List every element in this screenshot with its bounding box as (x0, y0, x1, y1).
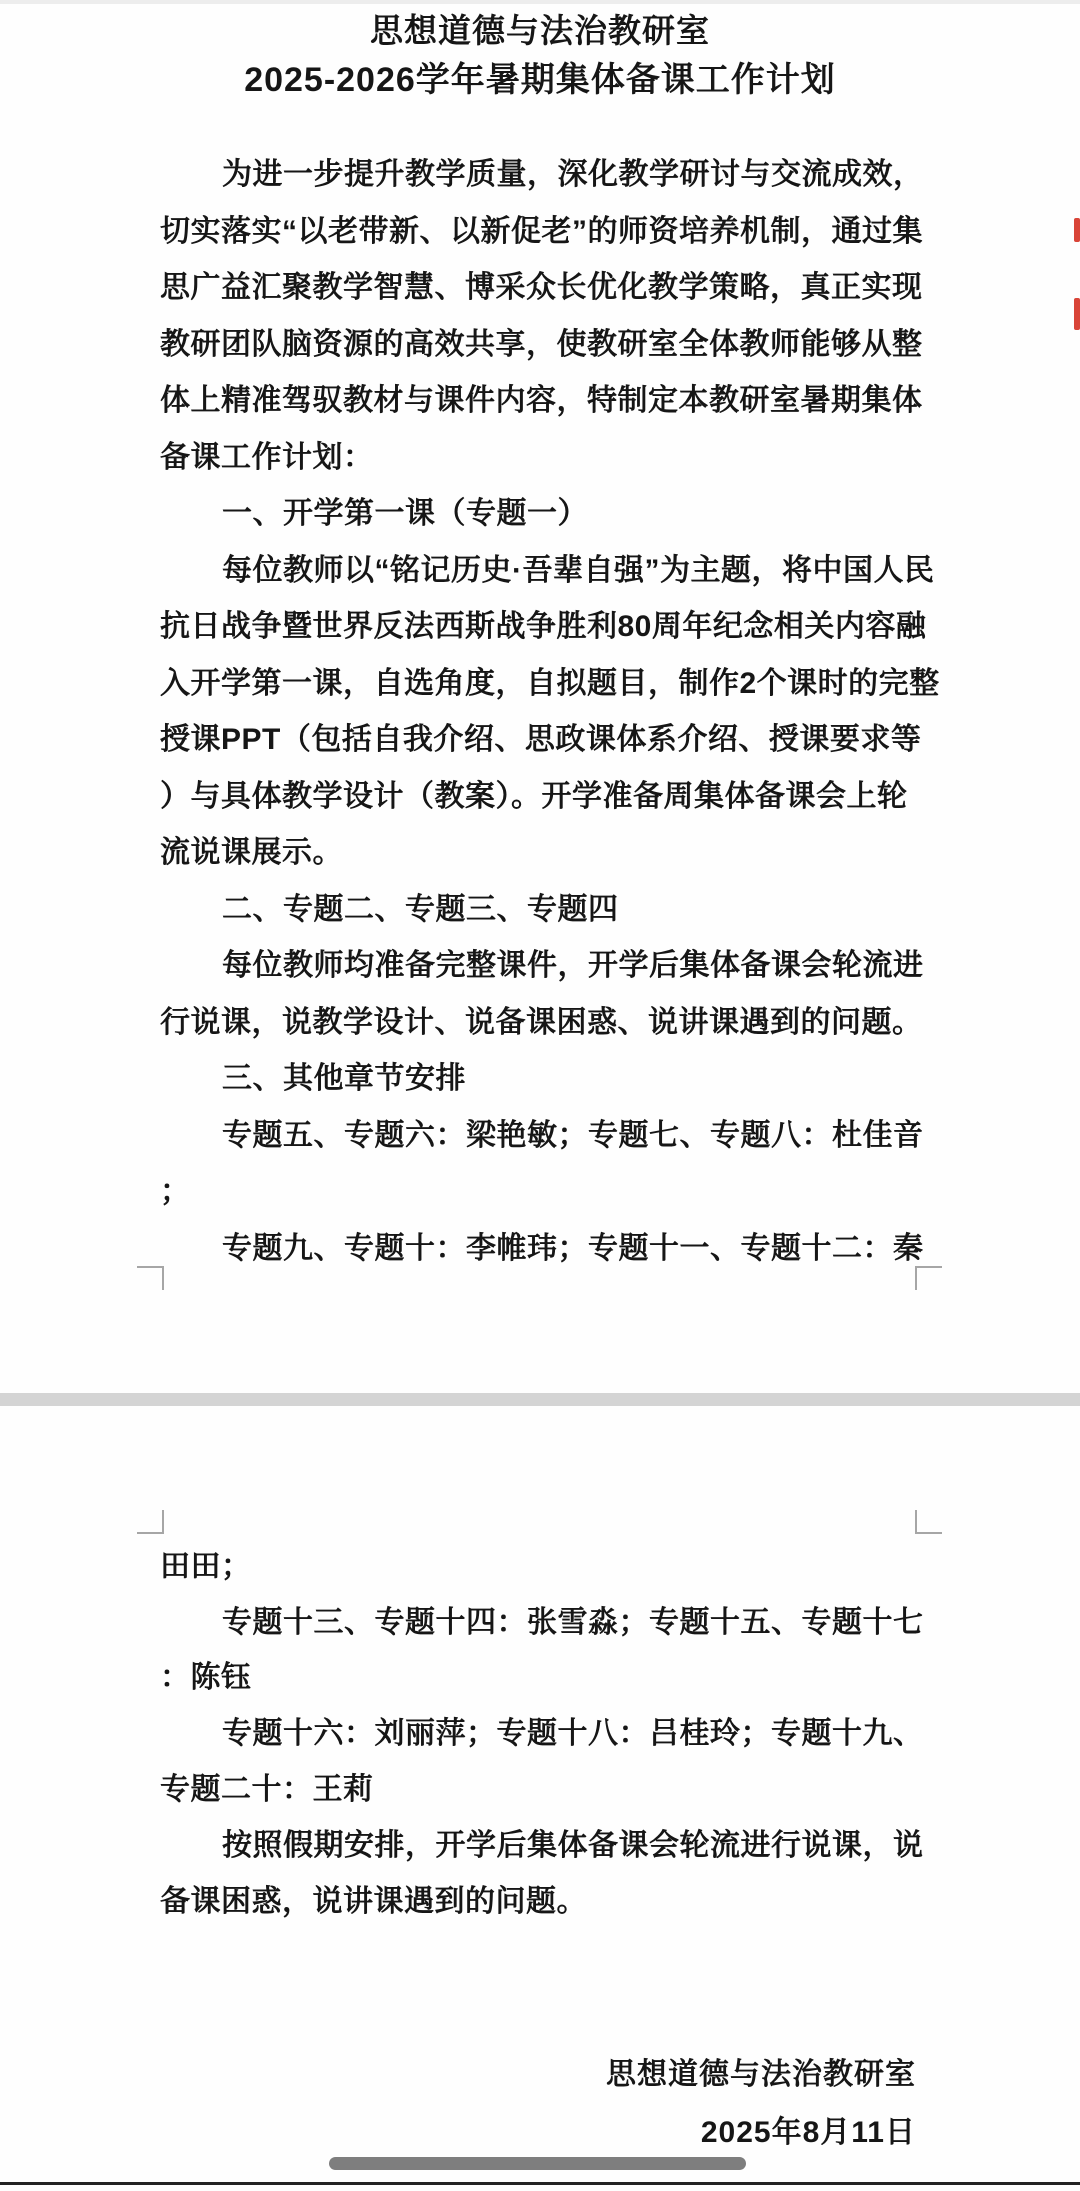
red-edge-marker-icon-1 (1074, 218, 1080, 242)
text-line: 每位教师以“铭记历史·吾辈自强”为主题，将中国人民 (160, 539, 918, 596)
page-break-band (0, 1393, 1080, 1406)
date-line: 2025年8月11日 (160, 2107, 916, 2151)
text-line: 专题五、专题六：梁艳敏；专题七、专题八：杜佳音 (160, 1104, 918, 1161)
text-line: 流说课展示。 (160, 821, 918, 878)
page1-body: 为进一步提升教学质量，深化教学研讨与交流成效，切实落实“以老带新、以新促老”的师… (160, 143, 918, 1273)
doc-title: 思想道德与法治教研室 (0, 4, 1080, 52)
text-line: ； (160, 1160, 918, 1217)
text-line: 为进一步提升教学质量，深化教学研讨与交流成效， (160, 143, 918, 200)
text-line: ：陈钰 (160, 1647, 918, 1703)
signature-line: 思想道德与法治教研室 (160, 2049, 916, 2093)
text-line: 专题二十：王莉 (160, 1758, 918, 1814)
document-viewer-screen: 思想道德与法治教研室 2025-2026学年暑期集体备课工作计划 为进一步提升教… (0, 0, 1080, 2191)
text-line: 备课工作计划： (160, 426, 918, 483)
text-line: 专题十六：刘丽萍；专题十八：吕桂玲；专题十九、 (160, 1702, 918, 1758)
text-line: 二、专题二、专题三、专题四 (160, 878, 918, 935)
text-line: 抗日战争暨世界反法西斯战争胜利80周年纪念相关内容融 (160, 595, 918, 652)
text-line: 专题十三、专题十四：张雪淼；专题十五、专题十七 (160, 1591, 918, 1647)
crop-mark-icon-page1-bottom-right (915, 1266, 942, 1290)
red-edge-marker-icon-2 (1074, 298, 1080, 330)
text-line: 行说课，说教学设计、说备课困惑、说讲课遇到的问题。 (160, 991, 918, 1048)
text-line: 切实落实“以老带新、以新促老”的师资培养机制，通过集 (160, 200, 918, 257)
page2-body: 田田；专题十三、专题十四：张雪淼；专题十五、专题十七：陈钰专题十六：刘丽萍；专题… (160, 1535, 918, 1926)
text-line: 三、其他章节安排 (160, 1047, 918, 1104)
crop-mark-icon-page1-bottom-left (137, 1266, 164, 1290)
text-line: 按照假期安排，开学后集体备课会轮流进行说课，说 (160, 1814, 918, 1870)
text-line: 田田； (160, 1535, 918, 1591)
text-line: 每位教师均准备完整课件，开学后集体备课会轮流进 (160, 934, 918, 991)
crop-mark-icon-page2-top-right (915, 1510, 942, 1534)
text-line: 一、开学第一课（专题一） (160, 482, 918, 539)
text-line: 专题九、专题十：李帷玮；专题十一、专题十二：秦 (160, 1217, 918, 1274)
doc-subtitle: 2025-2026学年暑期集体备课工作计划 (0, 52, 1080, 100)
text-line: 体上精准驾驭教材与课件内容，特制定本教研室暑期集体 (160, 369, 918, 426)
text-line: ）与具体教学设计（教案）。开学准备周集体备课会上轮 (160, 765, 918, 822)
screen-bottom-divider (0, 2182, 1080, 2185)
text-line: 备课困惑，说讲课遇到的问题。 (160, 1870, 918, 1926)
horizontal-scrollbar-thumb[interactable] (329, 2157, 746, 2170)
text-line: 授课PPT（包括自我介绍、思政课体系介绍、授课要求等 (160, 708, 918, 765)
text-line: 入开学第一课，自选角度，自拟题目，制作2个课时的完整 (160, 652, 918, 709)
crop-mark-icon-page2-top-left (137, 1510, 164, 1534)
text-line: 思广益汇聚教学智慧、博采众长优化教学策略，真正实现 (160, 256, 918, 313)
text-line: 教研团队脑资源的高效共享，使教研室全体教师能够从整 (160, 313, 918, 370)
